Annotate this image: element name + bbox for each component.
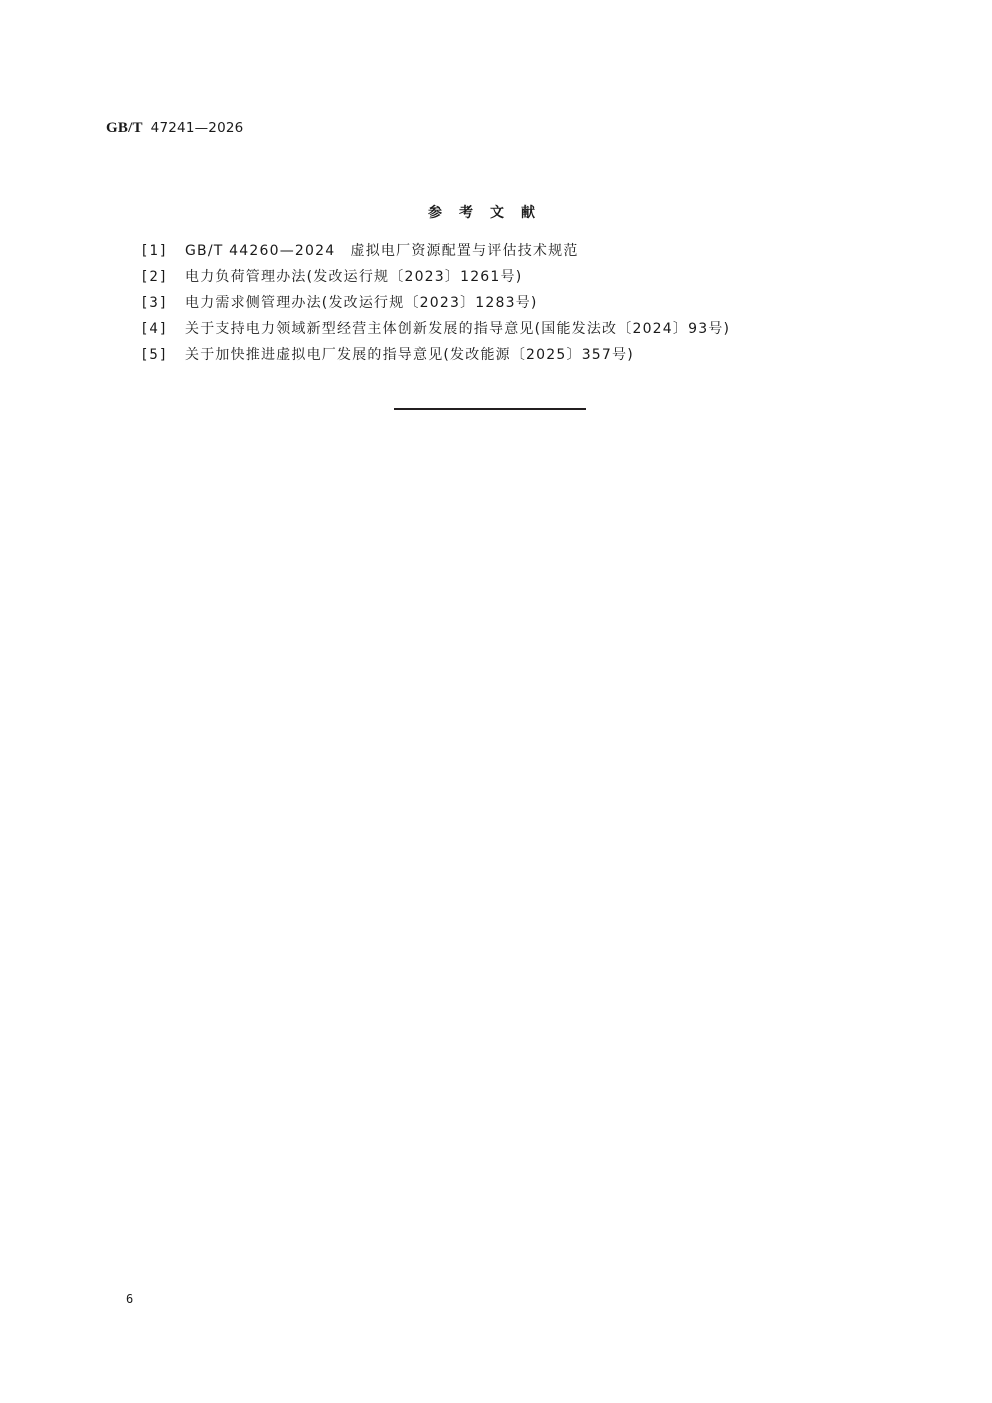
reference-text: 电力需求侧管理办法(发改运行规〔2023〕1283号) xyxy=(185,293,538,313)
reference-index: [4] xyxy=(140,319,185,339)
reference-index: [2] xyxy=(140,267,185,287)
reference-item: [5] 关于加快推进虚拟电厂发展的指导意见(发改能源〔2025〕357号) xyxy=(140,345,730,371)
reference-index: [1] xyxy=(140,241,185,261)
page-number: 6 xyxy=(126,1291,133,1307)
standard-code-header: GB/T47241—2026 xyxy=(106,118,243,138)
reference-list: [1] GB/T 44260—2024 虚拟电厂资源配置与评估技术规范 [2] … xyxy=(140,241,730,371)
reference-item: [4] 关于支持电力领域新型经营主体创新发展的指导意见(国能发法改〔2024〕9… xyxy=(140,319,730,345)
end-of-document-rule xyxy=(394,408,586,410)
reference-text: 关于支持电力领域新型经营主体创新发展的指导意见(国能发法改〔2024〕93号) xyxy=(185,319,730,339)
reference-index: [3] xyxy=(140,293,185,313)
reference-text: 关于加快推进虚拟电厂发展的指导意见(发改能源〔2025〕357号) xyxy=(185,345,634,365)
standard-prefix: GB/T xyxy=(106,120,143,136)
bibliography-title: 参考文献 xyxy=(0,203,980,223)
standard-number: 47241—2026 xyxy=(151,120,244,136)
reference-index: [5] xyxy=(140,345,185,365)
reference-text: GB/T 44260—2024 虚拟电厂资源配置与评估技术规范 xyxy=(185,241,579,261)
reference-text: 电力负荷管理办法(发改运行规〔2023〕1261号) xyxy=(185,267,522,287)
reference-item: [2] 电力负荷管理办法(发改运行规〔2023〕1261号) xyxy=(140,267,730,293)
reference-item: [1] GB/T 44260—2024 虚拟电厂资源配置与评估技术规范 xyxy=(140,241,730,267)
reference-item: [3] 电力需求侧管理办法(发改运行规〔2023〕1283号) xyxy=(140,293,730,319)
